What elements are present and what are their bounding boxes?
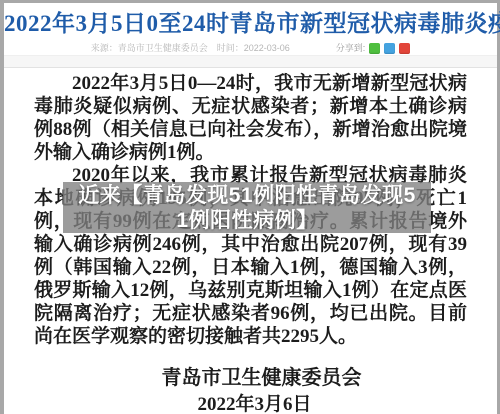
meta-row: 来源：青岛市卫生健康委员会 时间：2022-03-06 分享到: bbox=[4, 42, 497, 54]
qq-share-icon[interactable] bbox=[384, 43, 395, 54]
issue-date: 2022年3月6日 bbox=[4, 394, 497, 414]
article-body: 2022年3月5日0—24时，我市无新增新型冠状病毒肺炎疑似病例、无症状感染者；… bbox=[4, 68, 497, 348]
issuer-signature: 青岛市卫生健康委员会 bbox=[4, 366, 497, 390]
wechat-share-icon[interactable] bbox=[369, 43, 380, 54]
weibo-share-icon[interactable] bbox=[399, 43, 410, 54]
overlay-caption-line2: 1例阳性病例】 bbox=[176, 208, 317, 233]
share-label: 分享到: bbox=[336, 42, 366, 54]
article-footer: 青岛市卫生健康委员会 2022年3月6日 bbox=[4, 366, 497, 414]
source-date-text: 来源：青岛市卫生健康委员会 时间：2022-03-06 bbox=[91, 42, 290, 54]
header-divider bbox=[4, 55, 497, 68]
share-bar: 分享到: bbox=[336, 42, 411, 54]
article-sheet: 2022年3月5日0至24时青岛市新型冠状病毒肺炎疫情情况 来源：青岛市卫生健康… bbox=[4, 3, 497, 414]
overlay-caption-line1: 近来【青岛发现51例阳性青岛发现5 bbox=[78, 183, 416, 208]
page-background: 2022年3月5日0至24时青岛市新型冠状病毒肺炎疫情情况 来源：青岛市卫生健康… bbox=[0, 0, 500, 414]
paragraph-daily-report: 2022年3月5日0—24时，我市无新增新型冠状病毒肺炎疑似病例、无症状感染者；… bbox=[34, 72, 467, 164]
page-title: 2022年3月5日0至24时青岛市新型冠状病毒肺炎疫情情况 bbox=[4, 10, 497, 38]
article-header: 2022年3月5日0至24时青岛市新型冠状病毒肺炎疫情情况 来源：青岛市卫生健康… bbox=[4, 3, 497, 55]
watermark-overlay: 近来【青岛发现51例阳性青岛发现5 1例阳性病例】 bbox=[63, 182, 431, 233]
